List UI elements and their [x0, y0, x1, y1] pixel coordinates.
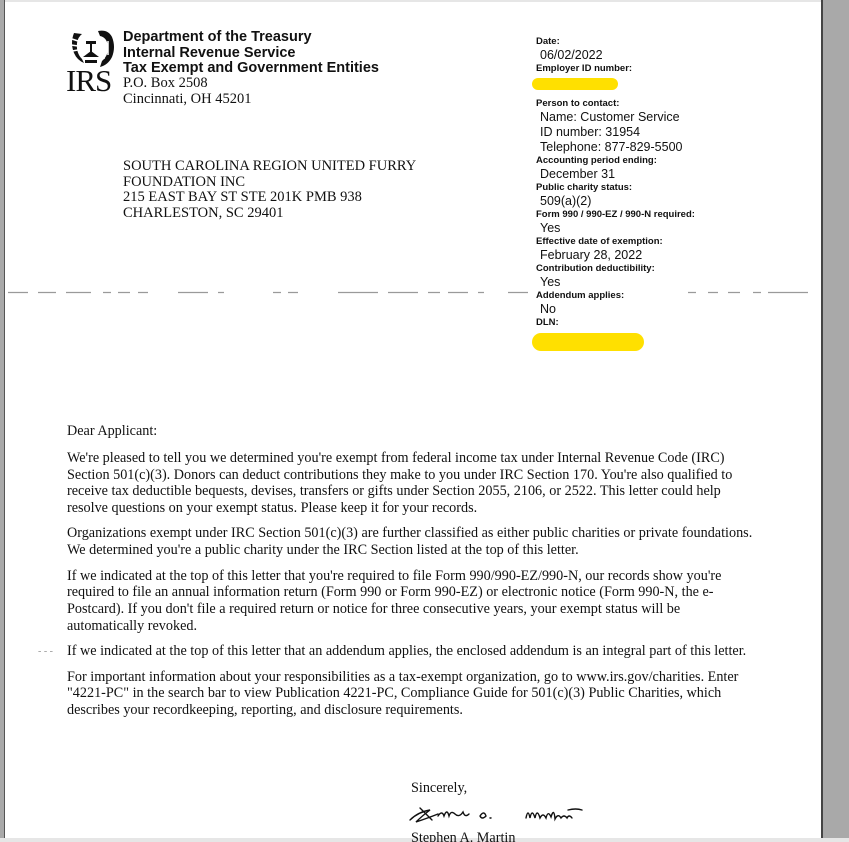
contact-id: ID number: 31954 [536, 125, 695, 140]
body-paragraph: For important information about your res… [67, 669, 757, 719]
scan-artifact-line [8, 291, 808, 294]
effective-date-value: February 28, 2022 [536, 248, 695, 263]
closing: Sincerely, [411, 780, 467, 796]
dln-redaction [532, 333, 644, 351]
deductibility-value: Yes [536, 275, 695, 290]
date-value: 06/02/2022 [536, 48, 695, 63]
irs-logo: IRS [66, 29, 122, 95]
addendum-value: No [536, 302, 695, 317]
contact-name: Name: Customer Service [536, 110, 695, 125]
letter-body: Dear Applicant: We're pleased to tell yo… [67, 423, 757, 727]
effective-date-label: Effective date of exemption: [536, 236, 695, 248]
charity-status-value: 509(a)(2) [536, 194, 695, 209]
deductibility-label: Contribution deductibility: [536, 263, 695, 275]
signer-name: Stephen A. Martin [411, 830, 515, 842]
accounting-period-label: Accounting period ending: [536, 155, 695, 167]
irs-logo-text: IRS [66, 65, 111, 96]
letter-info-panel: Date: 06/02/2022 Employer ID number: Per… [536, 36, 695, 359]
agency-address-line: Cincinnati, OH 45201 [123, 92, 251, 108]
recipient-line: 215 EAST BAY ST STE 201K PMB 938 [123, 190, 416, 206]
agency-line: Internal Revenue Service [123, 46, 379, 62]
recipient-line: FOUNDATION INC [123, 175, 416, 191]
form-required-label: Form 990 / 990-EZ / 990-N required: [536, 209, 695, 221]
agency-address-line: P.O. Box 2508 [123, 76, 251, 92]
salutation: Dear Applicant: [67, 423, 757, 440]
ein-redaction [532, 78, 618, 90]
handwritten-signature-icon [408, 802, 598, 826]
agency-line: Department of the Treasury [123, 30, 379, 46]
charity-status-label: Public charity status: [536, 182, 695, 194]
recipient-line: CHARLESTON, SC 29401 [123, 206, 416, 222]
body-paragraph: We're pleased to tell you we determined … [67, 450, 757, 517]
agency-address: P.O. Box 2508 Cincinnati, OH 45201 [123, 76, 251, 107]
accounting-period-value: December 31 [536, 167, 695, 182]
body-paragraph: If we indicated at the top of this lette… [67, 643, 757, 660]
dln-label: DLN: [536, 317, 695, 329]
agency-name-block: Department of the Treasury Internal Reve… [123, 30, 379, 77]
body-paragraph: If we indicated at the top of this lette… [67, 568, 757, 635]
recipient-address: SOUTH CAROLINA REGION UNITED FURRY FOUND… [123, 159, 416, 221]
ein-label: Employer ID number: [536, 63, 695, 75]
scan-artifact-dash: - - - [38, 646, 53, 657]
body-paragraph: Organizations exempt under IRC Section 5… [67, 525, 757, 559]
form-required-value: Yes [536, 221, 695, 236]
contact-label: Person to contact: [536, 98, 695, 110]
date-label: Date: [536, 36, 695, 48]
viewer-scroll-area[interactable] [821, 0, 849, 842]
recipient-line: SOUTH CAROLINA REGION UNITED FURRY [123, 159, 416, 175]
contact-phone: Telephone: 877-829-5500 [536, 140, 695, 155]
